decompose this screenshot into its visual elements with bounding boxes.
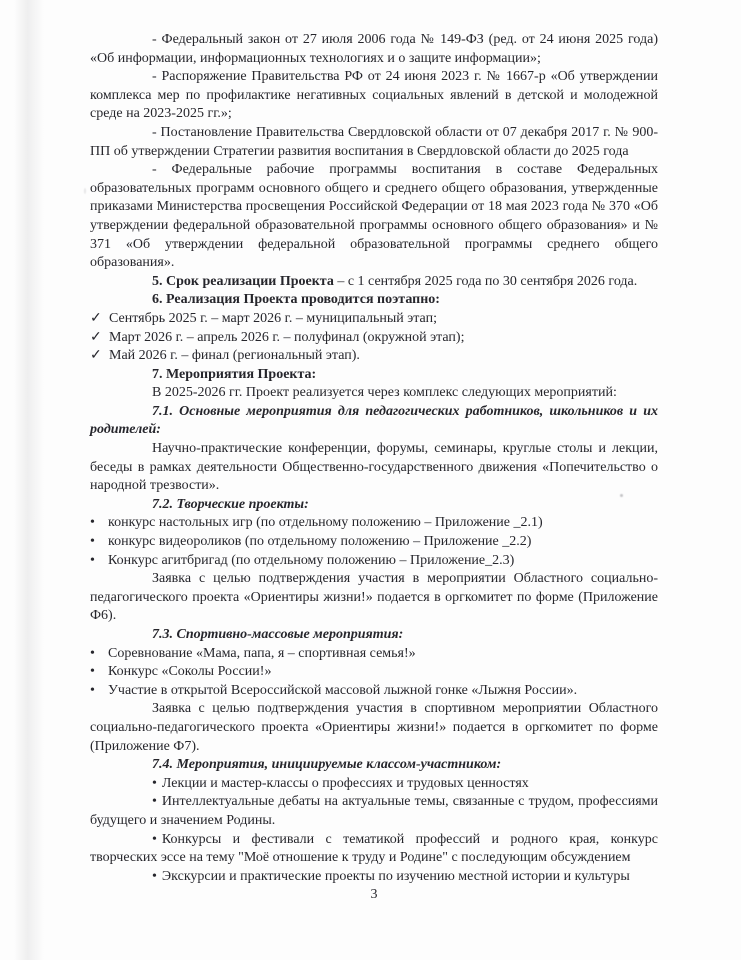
para-fed-programs: - Федеральные рабочие программы воспитан… [90, 161, 658, 273]
checkmark-icon: ✓ [90, 329, 109, 348]
class-item-text: Интеллектуальные дебаты на актуальные те… [90, 794, 658, 828]
class-item-text: Экскурсии и практические проекты по изуч… [162, 869, 630, 884]
checkmark-icon: ✓ [90, 347, 109, 366]
page-number: 3 [90, 886, 658, 905]
creative-item-text: конкурс видеороликов (по отдельному поло… [108, 534, 531, 549]
para-7-1-text: Научно-практические конференции, форумы,… [90, 440, 658, 496]
page-content: - Федеральный закон от 27 июля 2006 года… [90, 31, 658, 905]
creative-item: •конкурс настольных игр (по отдельному п… [90, 514, 658, 533]
sport-item-text: Соревнование «Мама, папа, я – спортивная… [108, 646, 416, 661]
scan-edge-shadow [14, 0, 44, 960]
stage-item: ✓Сентябрь 2025 г. – март 2026 г. – муниц… [90, 310, 658, 329]
creative-item-text: конкурс настольных игр (по отдельному по… [108, 515, 543, 530]
sport-item-text: Конкурс «Соколы России!» [108, 664, 271, 679]
para-7-2-note: Заявка с целью подтверждения участия в м… [90, 570, 658, 626]
bullet-icon: • [152, 776, 157, 791]
heading-7-2: 7.2. Творческие проекты: [90, 496, 658, 515]
heading-7-1: 7.1. Основные мероприятия для педагогиче… [90, 403, 658, 440]
bullet-icon: • [90, 663, 108, 682]
heading-7-4: 7.4. Мероприятия, инициируемые классом-у… [90, 756, 658, 775]
heading-project-term-bold: 5. Срок реализации Проекта [152, 274, 334, 289]
bullet-icon: • [152, 869, 157, 884]
para-resolution-900: - Постановление Правительства Свердловск… [90, 124, 658, 161]
heading-project-stages: 6. Реализация Проекта проводится поэтапн… [90, 291, 658, 310]
sport-item: •Конкурс «Соколы России!» [90, 663, 658, 682]
bullet-icon: • [152, 794, 157, 809]
stage-item: ✓Март 2026 г. – апрель 2026 г. – полуфин… [90, 329, 658, 348]
creative-item-text: Конкурс агитбригад (по отдельному положе… [108, 553, 514, 568]
para-7-3-note: Заявка с целью подтверждения участия в с… [90, 700, 658, 756]
checkmark-icon: ✓ [90, 310, 109, 329]
stage-item-text: Сентябрь 2025 г. – март 2026 г. – муници… [109, 311, 437, 326]
bullet-icon: • [90, 533, 108, 552]
heading-project-term: 5. Срок реализации Проекта – с 1 сентябр… [90, 273, 658, 292]
stage-item-text: Май 2026 г. – финал (региональный этап). [109, 348, 360, 363]
bullet-icon: • [90, 552, 108, 571]
para-law-149: - Федеральный закон от 27 июля 2006 года… [90, 31, 658, 68]
para-order-1667: - Распоряжение Правительства РФ от 24 ию… [90, 68, 658, 124]
bullet-icon: • [90, 682, 108, 701]
creative-item: •Конкурс агитбригад (по отдельному полож… [90, 552, 658, 571]
class-item-text: Конкурсы и фестивали с тематикой професс… [90, 832, 658, 866]
document-page: - Федеральный закон от 27 июля 2006 года… [0, 0, 741, 960]
class-item: •Лекции и мастер-классы о профессиях и т… [90, 775, 658, 794]
stage-item-text: Март 2026 г. – апрель 2026 г. – полуфина… [109, 330, 464, 345]
para-events-intro: В 2025-2026 гг. Проект реализуется через… [90, 384, 658, 403]
sport-item-text: Участие в открытой Всероссийской массово… [108, 683, 577, 698]
class-item: •Экскурсии и практические проекты по изу… [90, 868, 658, 887]
class-item: •Конкурсы и фестивали с тематикой профес… [90, 831, 658, 868]
creative-item: •конкурс видеороликов (по отдельному пол… [90, 533, 658, 552]
heading-project-term-rest: – с 1 сентября 2025 года по 30 сентября … [334, 274, 637, 289]
class-item-text: Лекции и мастер-классы о профессиях и тр… [162, 776, 529, 791]
heading-7-3: 7.3. Спортивно-массовые мероприятия: [90, 626, 658, 645]
bullet-icon: • [152, 832, 157, 847]
scan-artifact [84, 188, 86, 194]
bullet-icon: • [90, 514, 108, 533]
class-item: •Интеллектуальные дебаты на актуальные т… [90, 793, 658, 830]
sport-item: •Участие в открытой Всероссийской массов… [90, 682, 658, 701]
sport-item: •Соревнование «Мама, папа, я – спортивна… [90, 645, 658, 664]
stage-item: ✓Май 2026 г. – финал (региональный этап)… [90, 347, 658, 366]
bullet-icon: • [90, 645, 108, 664]
heading-project-events: 7. Мероприятия Проекта: [90, 366, 658, 385]
